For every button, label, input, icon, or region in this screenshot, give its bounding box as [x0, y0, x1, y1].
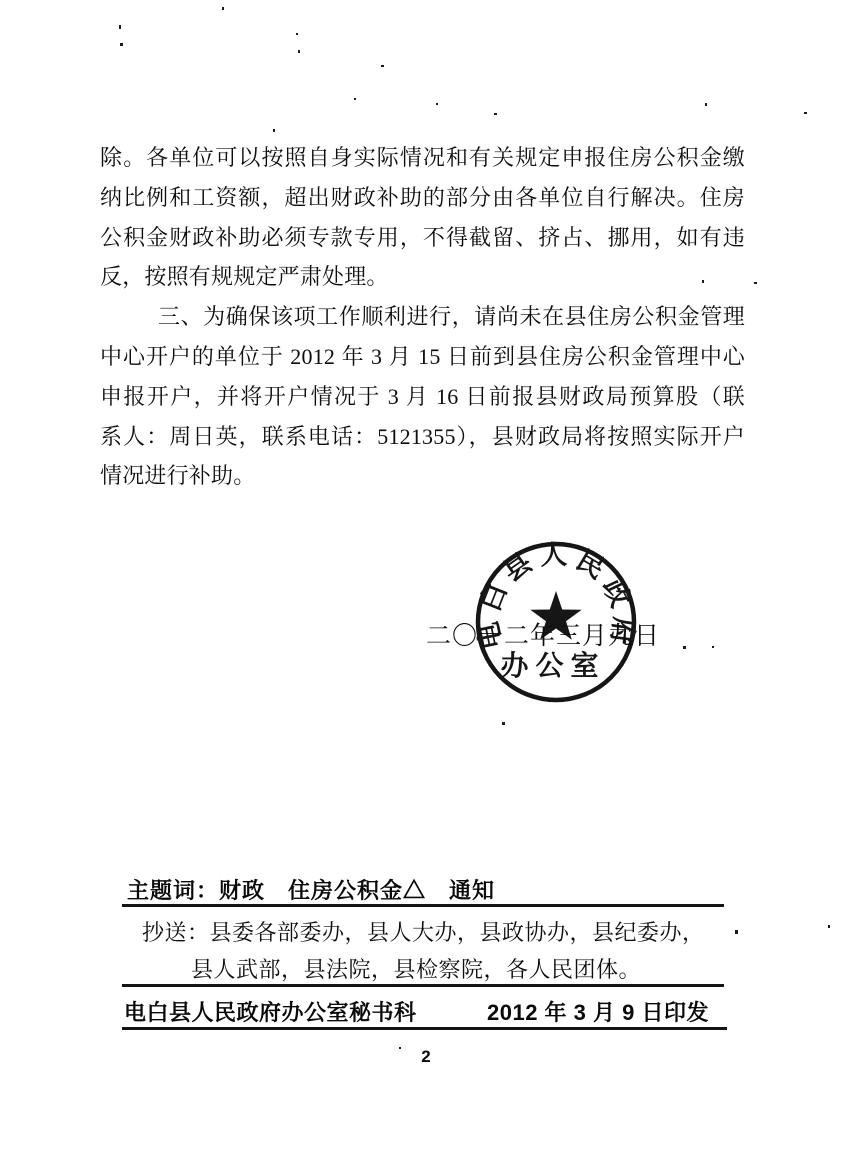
- divider-rule: [122, 984, 724, 987]
- divider-rule: [122, 904, 724, 907]
- body-line: 反，按照有规规定严肃处理。: [100, 257, 745, 297]
- scan-speck: [381, 65, 384, 67]
- body-line: 系人：周日英，联系电话：5121355），县财政局将按照实际开户: [100, 417, 745, 457]
- body-line: 除。各单位可以按照自身实际情况和有关规定申报住房公积金缴: [100, 138, 745, 178]
- scan-speck: [754, 282, 757, 284]
- scanned-document-page: 除。各单位可以按照自身实际情况和有关规定申报住房公积金缴 纳比例和工资额，超出财…: [0, 0, 850, 1169]
- scan-speck: [705, 103, 707, 106]
- scan-speck: [296, 33, 298, 35]
- scan-speck: [828, 925, 830, 928]
- body-line: 申报开户，并将开户情况于 3 月 16 日前报县财政局预算股（联: [100, 377, 745, 417]
- scan-speck: [702, 280, 704, 283]
- scan-speck: [354, 98, 356, 100]
- body-line: 纳比例和工资额，超出财政补助的部分由各单位自行解决。住房: [100, 178, 745, 218]
- divider-rule: [122, 1027, 727, 1030]
- scan-speck: [735, 930, 738, 934]
- body-line: 中心开户的单位于 2012 年 3 月 15 日前到县住房公积金管理中心: [100, 337, 745, 377]
- document-body: 除。各单位可以按照自身实际情况和有关规定申报住房公积金缴 纳比例和工资额，超出财…: [100, 138, 745, 496]
- scan-speck: [298, 50, 300, 53]
- seal-date-text: 二〇一二年三月九日: [426, 616, 660, 652]
- body-line: 三、为确保该项工作顺利进行，请尚未在县住房公积金管理: [100, 297, 745, 337]
- body-line: 公积金财政补助必须专款专用，不得截留、挤占、挪用，如有违: [100, 218, 745, 258]
- subject-keywords-row: 主题词：财政 住房公积金△ 通知: [127, 874, 495, 905]
- cc-recipients-line: 抄送：县委各部委办，县人大办，县政协办，县纪委办，: [142, 916, 705, 947]
- scan-speck: [502, 722, 505, 725]
- scan-speck: [683, 646, 686, 649]
- scan-speck: [273, 129, 275, 132]
- issuing-office: 电白县人民政府办公室秘书科: [124, 996, 417, 1027]
- scan-speck: [120, 43, 123, 46]
- print-date: 2012 年 3 月 9 日印发: [487, 996, 709, 1027]
- scan-speck: [399, 1047, 401, 1049]
- scan-speck: [436, 103, 438, 105]
- scan-speck: [494, 113, 497, 115]
- body-line: 情况进行补助。: [100, 456, 745, 496]
- cc-recipients-line: 县人武部，县法院，县检察院，各人民团体。: [191, 953, 641, 984]
- scan-speck: [119, 25, 121, 29]
- scan-speck: [222, 7, 224, 10]
- page-number: 2: [406, 1047, 446, 1067]
- scan-speck: [712, 646, 714, 648]
- scan-speck: [804, 112, 807, 114]
- seal-office-text: 办公室: [500, 650, 605, 682]
